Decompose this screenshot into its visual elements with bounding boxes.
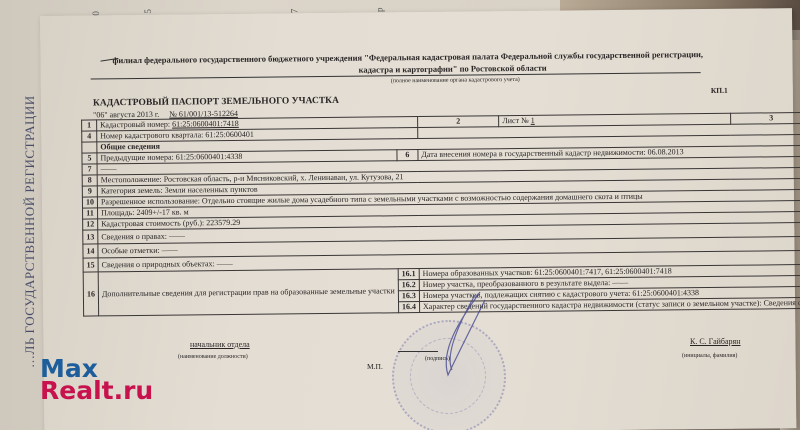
sheet-number-value: 1 [531, 116, 535, 125]
row-number [82, 142, 97, 153]
background-vertical-text: …ЛЬ ГОСУДАРСТВЕННОЙ РЕГИСТРАЦИИ [22, 8, 38, 368]
signature-scribble [430, 290, 490, 380]
cadastral-number-value: 61:25:0600401:7418 [172, 119, 239, 129]
row-number: 11 [83, 208, 98, 219]
row-number: 15 [83, 258, 98, 272]
document-title: КАДАСТРОВЫЙ ПАСПОРТ ЗЕМЕЛЬНОГО УЧАСТКА [93, 96, 339, 109]
row-number: 13 [83, 230, 98, 244]
signature-line [398, 351, 438, 352]
row-number: 16 [83, 272, 98, 316]
row-number: 8 [82, 175, 97, 186]
row-number: 14 [83, 244, 98, 258]
row-number: 7 [82, 164, 97, 175]
additional-info-label: Дополнительные сведения для регистрации … [98, 269, 398, 316]
row-number: 12 [83, 219, 98, 230]
official-position: начальник отдела [190, 340, 250, 349]
watermark-line2: Realt.ru [40, 380, 153, 402]
row-number: 10 [82, 197, 97, 208]
row-number: 2 [417, 116, 498, 128]
row-number: 3 [731, 112, 800, 124]
form-code: КП.1 [711, 86, 728, 95]
official-name: К. С. Гайбарян [690, 337, 741, 346]
official-name-caption: (инициалы, фамилия) [682, 353, 737, 359]
sub-row-number: 16.1 [398, 269, 419, 280]
maxrealt-watermark-logo: Max Realt.ru [40, 358, 153, 402]
signature-caption: (подпись) [425, 356, 450, 362]
row-number: 5 [82, 153, 97, 164]
passport-table: 1 Кадастровый номер: 61:25:0600401:7418 … [81, 108, 800, 317]
org-name-line1: филиал федерального государственного бюд… [112, 49, 703, 65]
sub-row-number: 16.3 [398, 291, 419, 302]
cadastral-number-label: Кадастровый номер: [100, 120, 170, 130]
sub-row-number: 16.4 [398, 302, 419, 313]
org-name-line2: кадастра и картографии" по Ростовской об… [359, 63, 547, 75]
sheet-number-label: Лист № [502, 116, 528, 125]
sub-row-number: 16.2 [398, 280, 419, 291]
official-position-caption: (наименование должности) [178, 354, 248, 360]
stamp-place-label: М.П. [367, 362, 383, 371]
row-number: 9 [82, 186, 97, 197]
row-number: 1 [82, 120, 97, 131]
row-number: 6 [397, 150, 418, 161]
row-number: 4 [82, 131, 97, 142]
org-name-caption: (полное наименование органа кадастрового… [391, 77, 520, 84]
